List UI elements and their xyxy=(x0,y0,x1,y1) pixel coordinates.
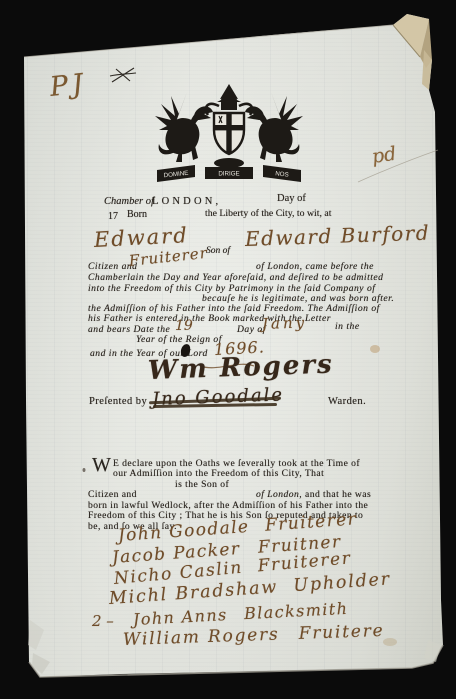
compartment xyxy=(214,158,244,168)
crumple-facet xyxy=(28,620,44,650)
declaration-line: of London, xyxy=(256,489,302,500)
dragon-supporter-right xyxy=(245,92,303,162)
bottom-edge xyxy=(29,645,443,677)
header-liberty-line: the Liberty of the City, to wit, at xyxy=(205,208,331,219)
date-month-value: Jany xyxy=(262,313,308,333)
form-line: in the xyxy=(335,321,360,332)
motto-word: NOS xyxy=(275,170,289,178)
presented-by-label: Preſented by xyxy=(89,396,147,407)
son-of-label: Son of xyxy=(206,246,230,256)
dragon-supporter-left xyxy=(155,92,213,162)
header-year-prefix: 17 xyxy=(108,211,118,222)
form-line: Chamberlain the Day and Year aforeſaid, … xyxy=(88,272,383,283)
witness-trade: Fruitere xyxy=(298,621,384,644)
declaration-line: is the Son of xyxy=(175,479,229,490)
motto-ribbon: DOMINE DIRIGE NOS xyxy=(157,165,301,182)
stain xyxy=(383,638,397,646)
right-margin-mark: pd xyxy=(370,143,397,168)
shield xyxy=(214,113,244,154)
top-edge xyxy=(24,25,393,57)
motto-word: DIRIGE xyxy=(218,171,239,178)
form-line: of London, came before the xyxy=(256,261,374,272)
top-left-mark: PJ xyxy=(48,68,88,103)
declaration-line: Citizen and xyxy=(88,489,137,500)
form-line: Year of the Reign of xyxy=(136,334,222,345)
corner-tear xyxy=(424,640,441,662)
ink-speck xyxy=(83,468,86,472)
header-day-of: Day of xyxy=(277,193,306,204)
header-london: LONDON, xyxy=(152,196,221,207)
city-of-london-crest: DOMINE DIRIGE NOS xyxy=(149,84,309,188)
scratch-line xyxy=(358,150,438,182)
declaration-line: and that he was xyxy=(305,489,371,500)
warden-label: Warden. xyxy=(328,396,366,407)
declaration-line: our Admiſſion into the Freedom of this C… xyxy=(113,468,324,479)
date-day-value: 19 xyxy=(175,318,193,334)
declaration-drop-cap: W xyxy=(92,454,111,477)
margin-number: 2 – xyxy=(92,612,114,630)
ink-stain xyxy=(370,345,380,353)
document-photo: PJ pd xyxy=(0,0,456,699)
helm xyxy=(221,92,237,110)
header-born: Born xyxy=(127,209,147,220)
pen-scribble-icon xyxy=(108,64,138,86)
header-chamber-of: Chamber of xyxy=(104,196,154,207)
